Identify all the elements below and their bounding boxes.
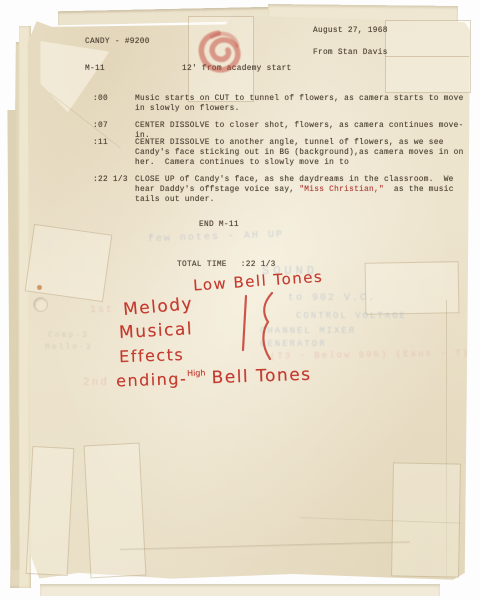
handwritten-note-effects: Effects — [119, 345, 185, 366]
production-title: CANDY - #9200 — [85, 37, 150, 47]
total-time-label: TOTAL TIME — [177, 261, 227, 269]
paper-crease — [49, 92, 121, 148]
cue-time: :11 — [93, 138, 108, 148]
punch-hole — [33, 297, 48, 312]
tape-patch — [26, 446, 75, 576]
bleed-through-note: 1st — [90, 305, 114, 316]
handwritten-note-ending: ending-HighBell Tones — [116, 365, 312, 392]
bleed-through-note: (T3 - Below 000) (Esus - ?) — [270, 348, 470, 361]
end-label: END M-11 — [199, 220, 239, 230]
tape-patch — [25, 224, 113, 302]
cue-time: :07 — [93, 121, 108, 131]
tape-patch — [385, 20, 469, 57]
date: August 27, 1968 — [313, 26, 388, 36]
bleed-through-note: to 902 V.C. — [288, 293, 376, 304]
paper-crease — [446, 300, 447, 580]
red-ink-stamp-icon — [188, 20, 253, 84]
from-line: From Stan Davis — [313, 48, 388, 58]
scanned-music-cue-sheet: few notes - AH UP SOUND to 902 V.C. CONT… — [0, 0, 480, 600]
total-time-value: :22 1/3 — [241, 261, 276, 269]
bleed-through-note: few notes - AH UP — [148, 230, 284, 246]
handwritten-brace-marks — [233, 288, 288, 363]
cue-time: :22 1/3 — [93, 175, 128, 185]
page-content: few notes - AH UP SOUND to 902 V.C. CONT… — [0, 0, 480, 600]
cue-description: CENTER DISSOLVE to another angle, tunnel… — [135, 138, 468, 168]
cue-text-highlight: "Miss Christian," — [299, 186, 384, 194]
tape-patch — [84, 443, 147, 579]
ending-suffix: Bell Tones — [211, 365, 312, 388]
total-time-line: TOTAL TIME:22 1/3 — [177, 260, 276, 270]
pencil-note: Comp-3 — [48, 331, 89, 340]
cue-number: M-11 — [85, 64, 105, 74]
ending-prefix: ending- — [116, 369, 188, 390]
paper-crease — [120, 541, 410, 551]
cue-description: CLOSE UP of Candy's face, as she daydrea… — [135, 175, 468, 205]
pencil-note: Mello-3 — [45, 343, 93, 352]
bleed-through-note: CONTROL VOLTAGE — [296, 311, 407, 321]
cue-time: :00 — [93, 94, 108, 104]
handwritten-note-musical: Musical — [119, 319, 194, 343]
ending-insertion: High — [187, 368, 206, 378]
handwritten-note-melody: Melody — [122, 294, 194, 320]
cue-description: Music starts on CUT to tunnel of flowers… — [135, 94, 468, 114]
ink-speck — [37, 285, 42, 290]
